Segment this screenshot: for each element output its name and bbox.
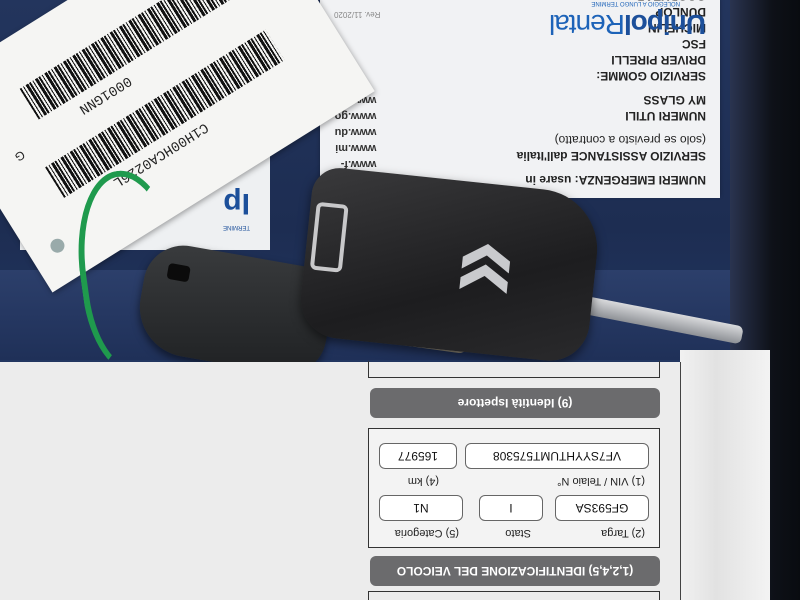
paper-stack [680, 350, 770, 600]
rental-card-line: (solo se previsto a contratto) [517, 132, 706, 148]
inspection-form: (1,2,4,5) IDENTIFICAZIONE DEL VEICOLO (2… [350, 362, 681, 600]
rental-card-line: SERVIZIO GOMME: [517, 68, 706, 84]
citroen-chevron-icon: ❯❯ [456, 253, 506, 299]
label-stato: Stato [505, 527, 531, 539]
rental-card-website: www.mi [334, 140, 376, 156]
rental-card-line: DRIVER PIRELLI [517, 52, 706, 68]
photo-scene: TERMINE Ip NUMERI EMERGENZA: usare inSER… [0, 0, 800, 600]
field-targa: GF593SA [555, 495, 649, 521]
unipol-rental-logo: UnipolRental [550, 8, 706, 40]
form-frame-bottom [368, 361, 660, 378]
vehicle-id-box: (2) Targa Stato (5) Categoria GF593SA I … [368, 428, 660, 548]
form-frame-top [368, 591, 660, 600]
fob-ring-loop [310, 202, 349, 273]
field-km: 165977 [379, 443, 457, 469]
key-ring-slot [166, 263, 190, 283]
label-targa: (2) Targa [601, 527, 645, 539]
section-header-inspector: (9) Identità Ispettore [370, 388, 660, 418]
secondary-card-logo: Ip [223, 186, 250, 220]
rental-info-card: NUMERI EMERGENZA: usare inSERVIZIO ASSIS… [320, 0, 720, 198]
rental-card-line: NUMERI EMERGENZA: usare in [517, 172, 706, 188]
remote-key-fob: ❯❯ [297, 165, 603, 364]
section-header-vehicle: (1,2,4,5) IDENTIFICAZIONE DEL VEICOLO [370, 556, 660, 586]
brand-tagline: NOLEGGIO A LUNGO TERMINE [591, 0, 680, 6]
field-stato: I [479, 495, 543, 521]
rental-card-line: SERVIZIO ASSISTANCE dall'Italia [517, 148, 706, 164]
tag-hole [48, 236, 67, 255]
rental-card-website: www.du [334, 124, 376, 140]
tag-letter: G [12, 148, 27, 165]
field-vin: VF7SYYHTUMT575308 [465, 443, 649, 469]
rental-card-line: NUMERI UTILI [517, 108, 706, 124]
rental-card-line: MY GLASS [517, 92, 706, 108]
rental-card-revision: Rev. 11/2020 [334, 10, 380, 19]
label-km: (4) km [408, 475, 439, 487]
secondary-card-tagline: TERMINE [223, 224, 250, 230]
field-categoria: N1 [379, 495, 463, 521]
label-vin: (1) VIN / Telaio N° [557, 475, 645, 487]
label-categoria: (5) Categoria [395, 527, 459, 539]
